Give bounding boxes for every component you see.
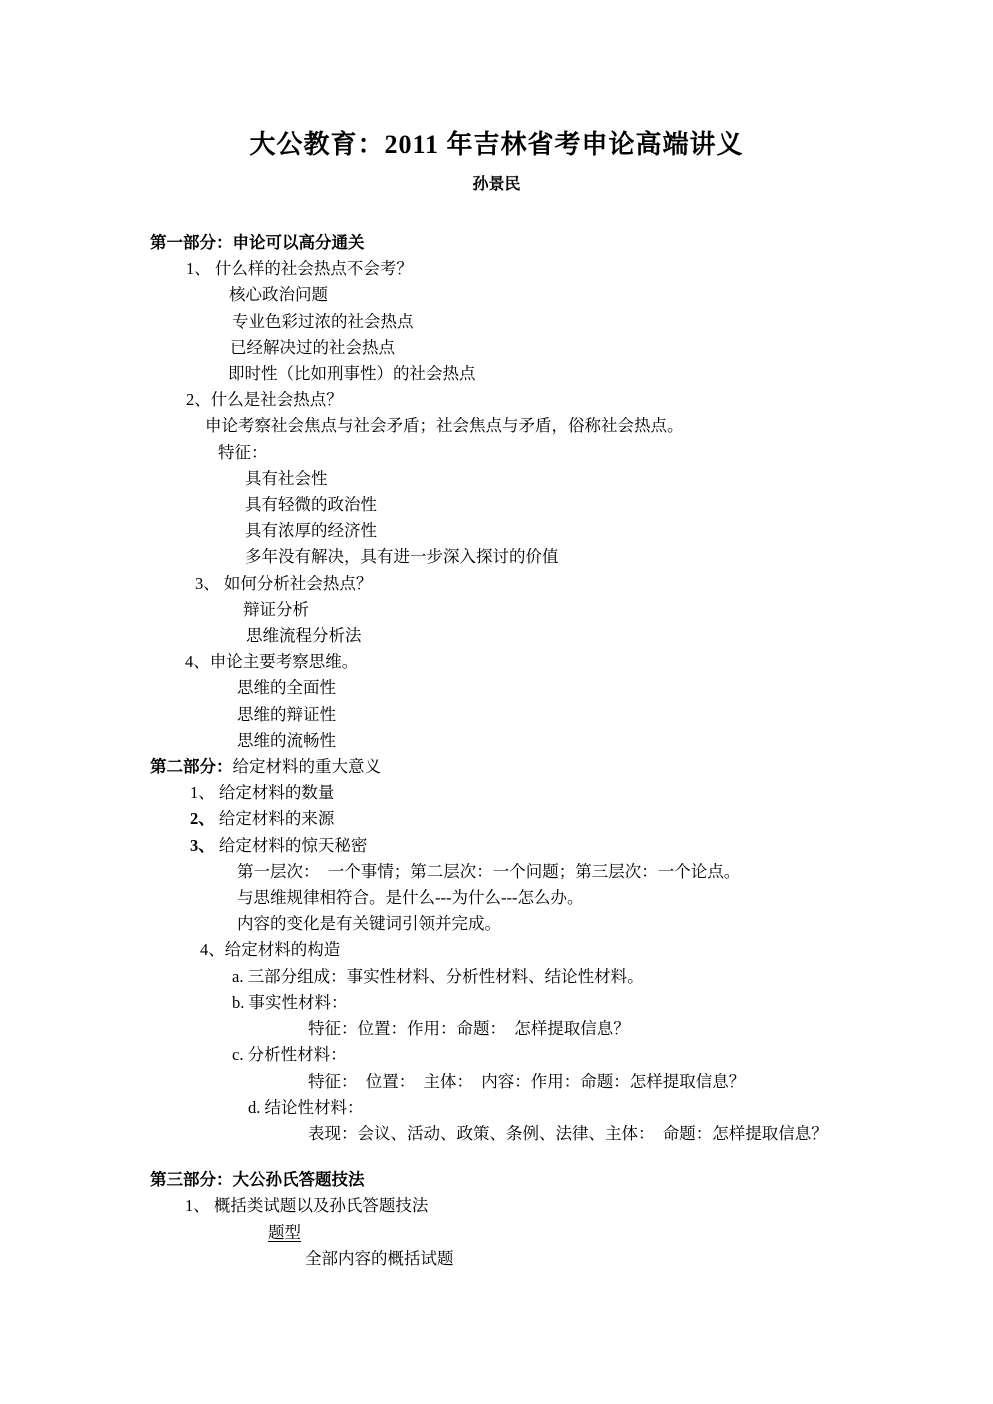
text-line: 思维流程分析法	[0, 623, 993, 649]
text-segment: 已经解决过的社会热点	[230, 338, 395, 357]
text-line: 核心政治问题	[0, 282, 993, 308]
text-line: a. 三部分组成：事实性材料、分析性材料、结论性材料。	[0, 964, 993, 990]
text-segment: 第三部分：	[150, 1170, 233, 1189]
text-line: 即时性（比如刑事性）的社会热点	[0, 361, 993, 387]
document-page: 大公教育：2011 年吉林省考申论高端讲义 孙景民 第一部分：申论可以高分通关1…	[0, 0, 993, 1404]
text-segment: 全部内容的概括试题	[305, 1249, 454, 1268]
text-line: 多年没有解决，具有进一步深入探讨的价值	[0, 544, 993, 570]
text-line: 专业色彩过浓的社会热点	[0, 309, 993, 335]
text-segment: 第一部分：	[150, 233, 233, 252]
text-segment: b. 事实性材料：	[232, 993, 348, 1012]
text-line: 第三部分：大公孙氏答题技法	[0, 1167, 993, 1193]
text-segment: 具有浓厚的经济性	[245, 521, 377, 540]
text-line: 1、 给定材料的数量	[0, 780, 993, 806]
text-line: 思维的流畅性	[0, 728, 993, 754]
text-line: 第一部分：申论可以高分通关	[0, 230, 993, 256]
text-line: 特征：位置：作用：命题： 怎样提取信息？	[0, 1016, 993, 1042]
text-segment: d. 结论性材料：	[248, 1098, 364, 1117]
text-line: 2、 给定材料的来源	[0, 806, 993, 832]
text-segment: 1、 给定材料的数量	[190, 783, 334, 802]
text-line: b. 事实性材料：	[0, 990, 993, 1016]
text-segment: 具有轻微的政治性	[245, 495, 377, 514]
text-segment: 思维流程分析法	[246, 626, 362, 645]
text-segment: 2、	[190, 809, 215, 828]
text-line: 思维的全面性	[0, 675, 993, 701]
text-segment: 4、给定材料的构造	[200, 940, 340, 959]
text-line: 3、 给定材料的惊天秘密	[0, 833, 993, 859]
document-title: 大公教育：2011 年吉林省考申论高端讲义	[0, 128, 993, 162]
text-segment: 具有社会性	[245, 469, 328, 488]
text-line: c. 分析性材料：	[0, 1042, 993, 1068]
text-line: 2、什么是社会热点？	[0, 387, 993, 413]
text-segment: 给定材料的来源	[215, 809, 335, 828]
text-line: 辩证分析	[0, 597, 993, 623]
text-segment: 给定材料的重大意义	[233, 757, 382, 776]
text-segment: 1、 概括类试题以及孙氏答题技法	[185, 1196, 428, 1215]
text-segment: 思维的辩证性	[237, 705, 336, 724]
text-segment: 特征： 位置： 主体： 内容：作用：命题：怎样提取信息？	[308, 1072, 745, 1091]
text-segment: 申论考察社会焦点与社会矛盾；社会焦点与矛盾，俗称社会热点。	[205, 416, 684, 435]
text-segment: 第二部分：	[150, 757, 233, 776]
text-line: 3、 如何分析社会热点？	[0, 571, 993, 597]
text-line: 4、给定材料的构造	[0, 937, 993, 963]
text-line: 全部内容的概括试题	[0, 1246, 993, 1272]
text-segment: 第一层次： 一个事情；第二层次：一个问题；第三层次：一个论点。	[237, 862, 740, 881]
text-segment: 思维的全面性	[237, 678, 336, 697]
text-segment: 内容的变化是有关键词引领并完成。	[237, 914, 501, 933]
text-segment: c. 分析性材料：	[232, 1045, 347, 1064]
text-line: 1、 概括类试题以及孙氏答题技法	[0, 1193, 993, 1219]
document-author: 孙景民	[0, 174, 993, 196]
text-segment: 辩证分析	[243, 600, 309, 619]
text-segment: 4、申论主要考察思维。	[185, 652, 358, 671]
text-line: 4、申论主要考察思维。	[0, 649, 993, 675]
text-segment: 特征：	[218, 443, 268, 462]
text-segment: 给定材料的惊天秘密	[215, 836, 368, 855]
text-line: 题型	[0, 1220, 993, 1246]
text-line: 特征： 位置： 主体： 内容：作用：命题：怎样提取信息？	[0, 1069, 993, 1095]
text-segment: 表现：会议、活动、政策、条例、法律、主体： 命题：怎样提取信息？	[308, 1124, 828, 1143]
text-line: 与思维规律相符合。是什么---为什么---怎么办。	[0, 885, 993, 911]
text-segment: 即时性（比如刑事性）的社会热点	[228, 364, 476, 383]
text-segment: 2、什么是社会热点？	[186, 390, 343, 409]
text-segment: 核心政治问题	[229, 285, 328, 304]
text-segment: 与思维规律相符合。是什么---为什么---怎么办。	[237, 888, 583, 907]
text-segment: 专业色彩过浓的社会热点	[232, 312, 414, 331]
text-line: 第二部分：给定材料的重大意义	[0, 754, 993, 780]
text-segment: a. 三部分组成：事实性材料、分析性材料、结论性材料。	[232, 967, 644, 986]
text-segment: 3、	[190, 836, 215, 855]
text-line: 内容的变化是有关键词引领并完成。	[0, 911, 993, 937]
text-line: 表现：会议、活动、政策、条例、法律、主体： 命题：怎样提取信息？	[0, 1121, 993, 1147]
text-line: 思维的辩证性	[0, 702, 993, 728]
blank-line	[0, 1147, 993, 1167]
text-segment: 思维的流畅性	[237, 731, 336, 750]
text-line: 第一层次： 一个事情；第二层次：一个问题；第三层次：一个论点。	[0, 859, 993, 885]
document-body: 第一部分：申论可以高分通关1、 什么样的社会热点不会考？核心政治问题专业色彩过浓…	[0, 230, 993, 1272]
text-line: 具有浓厚的经济性	[0, 518, 993, 544]
text-segment: 题型	[268, 1223, 301, 1242]
text-line: 申论考察社会焦点与社会矛盾；社会焦点与矛盾，俗称社会热点。	[0, 413, 993, 439]
text-line: 特征：	[0, 440, 993, 466]
text-segment: 多年没有解决，具有进一步深入探讨的价值	[245, 547, 559, 566]
text-segment: 大公孙氏答题技法	[233, 1170, 365, 1189]
text-line: 已经解决过的社会热点	[0, 335, 993, 361]
text-segment: 申论可以高分通关	[233, 233, 365, 252]
text-segment: 3、 如何分析社会热点？	[195, 574, 372, 593]
text-line: 具有社会性	[0, 466, 993, 492]
text-line: 具有轻微的政治性	[0, 492, 993, 518]
text-segment: 特征：位置：作用：命题： 怎样提取信息？	[308, 1019, 630, 1038]
text-line: 1、 什么样的社会热点不会考？	[0, 256, 993, 282]
text-segment: 1、 什么样的社会热点不会考？	[186, 259, 413, 278]
text-line: d. 结论性材料：	[0, 1095, 993, 1121]
